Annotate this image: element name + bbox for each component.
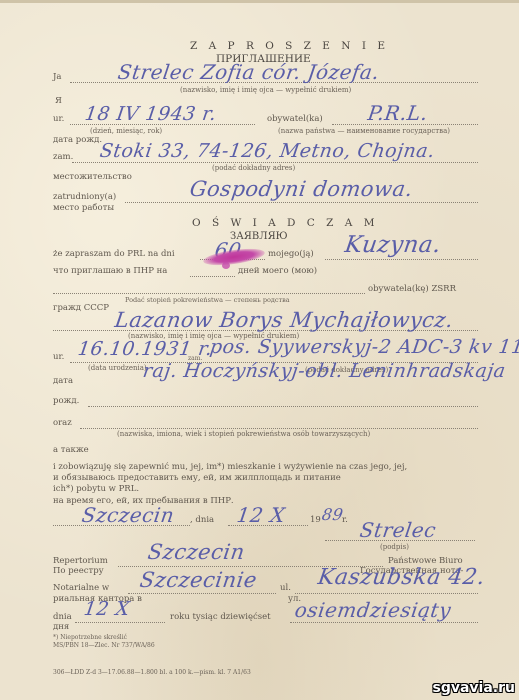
label-dnia: , dnia [190, 515, 214, 525]
label-ur: ur. [53, 114, 64, 124]
inviter-job-value: Gospodyni domowa. [188, 177, 414, 201]
label-a-takzhe: а также [53, 445, 89, 455]
relation-degree-hint: Podać stopień pokrewieństwa — степень ро… [125, 296, 290, 304]
label-priglashayu-ru: что приглашаю в ПНР на [53, 266, 167, 276]
declaration-title-polish: O Ś W I A D C Z A M [192, 217, 378, 229]
guest-name-value: Lazanow Borys Mychajłowycz. [113, 308, 455, 332]
guest-address-value-2: raj. Hoczyńskyj-obl. Leninhradskaja [141, 360, 507, 382]
signature-value: Strelec [358, 518, 437, 542]
label-guest-ur: ur. [53, 352, 64, 362]
label-ul: ul. [280, 583, 291, 593]
label-grazhd-sssr: гражд СССР [53, 303, 109, 313]
inviter-name-hint: (nazwisko, imię i imię ojca — wypełnić d… [180, 86, 351, 94]
place-value: Szczecin [80, 503, 176, 527]
label-zam: zam. [53, 152, 73, 162]
inviter-address-hint: (podać dokładny adres) [212, 164, 295, 172]
label-repertorium: Repertorium [53, 556, 108, 566]
field-line-rozhd [88, 406, 478, 407]
street-value: Kaszubska 42. [316, 565, 486, 590]
field-line-notary-day [75, 622, 165, 623]
notary-city-value: Szczecinie [138, 568, 258, 592]
label-mojego: mojego(ją) [268, 249, 314, 259]
label-repertorium-ru: По реестру [53, 566, 104, 576]
inviter-name-value: Strelec Zofia cór. Józefa. [116, 60, 381, 84]
year-words-value: osiemdziesiąty [293, 598, 452, 622]
date-value: 12 X [235, 503, 286, 527]
label-obywatel: obywatel(ka) [267, 114, 323, 124]
label-oraz: oraz [53, 418, 72, 428]
label-ya: Я [55, 96, 62, 106]
label-roku-tysiac: roku tysiąc dziewięćset [170, 612, 271, 622]
label-obywatela-zsrr: obywatela(kę) ZSRR [368, 284, 456, 294]
obligation-text-ru-1: и обязываюсь предоставить ему, ей, им жи… [53, 473, 341, 483]
label-notary-dnia: dnia [53, 612, 72, 622]
form-code: MS/PBN 18—Zlec. Nr 737/WA/86 [53, 642, 155, 649]
field-line-street [295, 593, 478, 594]
relation-value: Kuzyna. [343, 232, 443, 258]
inviter-citizenship-value: P.R.L. [366, 101, 429, 125]
year-prefix: 19 [310, 515, 321, 525]
print-info: 306—ŁDD Z-d 3—17.06.88—1.800 bl. a 100 k… [53, 669, 251, 676]
notary-day-value: 12 X [82, 598, 131, 620]
label-rozhd-ru: рожд. [53, 396, 79, 406]
field-line-days-ru [190, 276, 235, 277]
guest-address-value-1: pos. Syywerskyj-2 ADC-3 kv 11 [208, 336, 519, 358]
field-line-relation [325, 259, 478, 260]
signature-hint: (podpis) [380, 543, 409, 551]
field-line-notary-city [128, 593, 276, 594]
companions-hint: (nazwiska, imiona, wiek i stopień pokrew… [117, 430, 370, 438]
ink-stamp-drop [222, 262, 230, 269]
inviter-dob-hint: (dzień, miesiąc, rok) [90, 127, 162, 135]
field-line-relation-degree [53, 293, 365, 294]
repertorium-value: Szczecin [146, 540, 246, 564]
year-suffix: r. [342, 515, 348, 525]
obligation-text-pl-2: ich*) pobytu w PRL. [53, 484, 139, 494]
field-line-inviter-job [125, 202, 478, 203]
guest-dob-hint: (data urodzenia) [88, 364, 147, 372]
obligation-text-pl-1: i zobowiązuję się zapewnić mu, jej, im*)… [53, 462, 407, 472]
label-address-ru: местожительство [53, 172, 132, 182]
field-line-inviter-address [72, 162, 478, 163]
inviter-address-value: Stoki 33, 74-126, Metno, Chojna. [98, 140, 436, 162]
title-polish: Z A P R O S Z E N I E [190, 40, 389, 52]
label-notary-dnia-ru: дня [53, 622, 69, 632]
field-line-year-words [290, 622, 478, 623]
watermark: sgvavia.ru [433, 680, 516, 696]
label-zatrudniony: zatrudniony(a) [53, 192, 116, 202]
label-ja: Ja [53, 72, 61, 82]
label-zapraszam: że zapraszam do PRL na dni [53, 249, 175, 259]
ink-stamp-mark [202, 246, 265, 268]
field-line-companions [80, 428, 478, 429]
inviter-citizenship-hint: (nazwa państwa — наименование государств… [278, 127, 450, 135]
label-job-ru: место работы [53, 203, 114, 213]
paper-top-edge [0, 0, 519, 3]
label-data-ru: дата [53, 376, 73, 386]
footnote: *) Niepotrzebne skreślić [53, 634, 127, 641]
inviter-dob-value: 18 IV 1943 r. [83, 103, 218, 125]
label-dob-ru: дата рожд. [53, 135, 102, 145]
label-dney-moego-ru: дней моего (мою) [238, 266, 317, 276]
label-notarialne: Notarialne w [53, 583, 109, 593]
